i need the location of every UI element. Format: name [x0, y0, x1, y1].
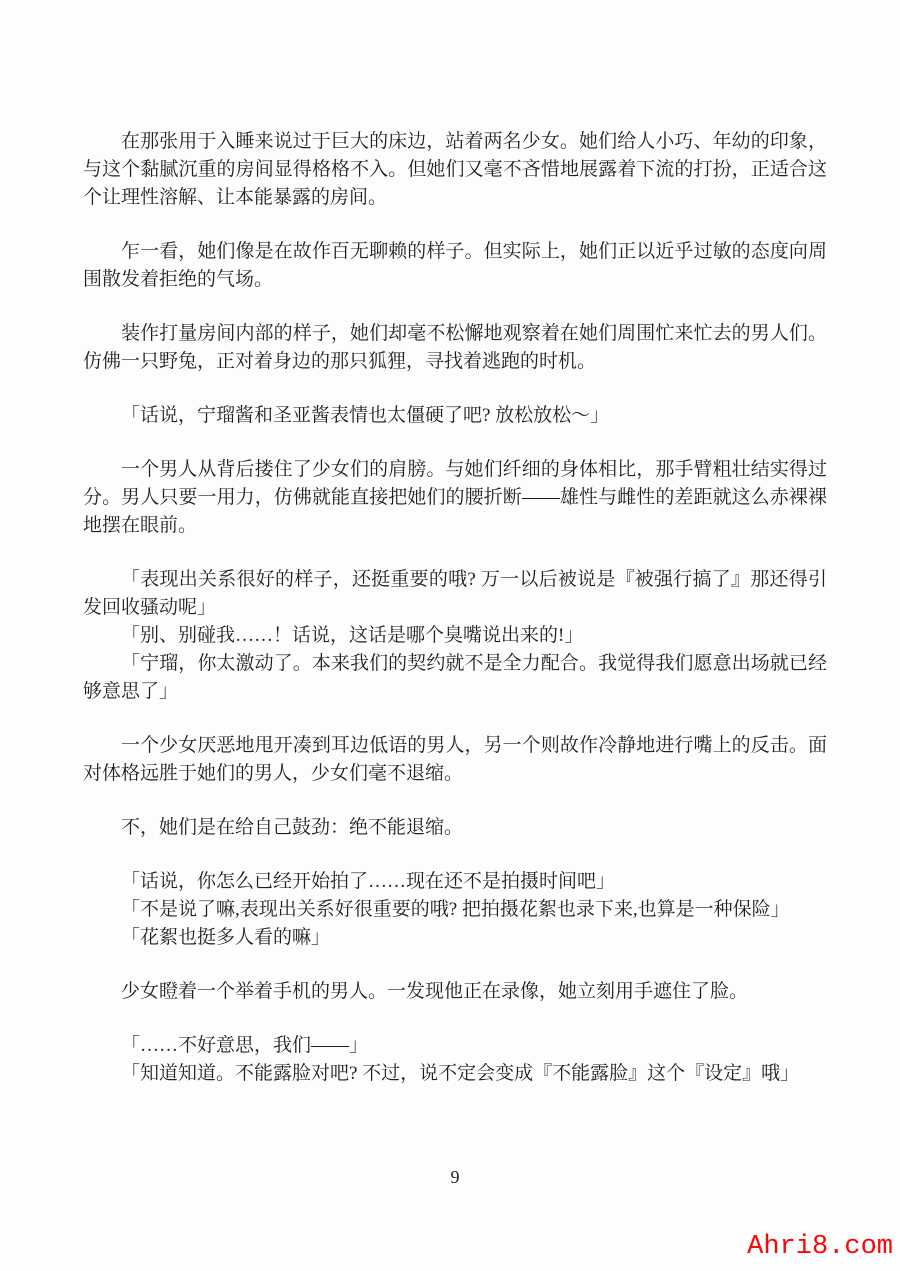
- narration-block: 一个少女厌恶地甩开凑到耳边低语的男人，另一个则故作冷静地进行嘴上的反击。面对体格…: [83, 732, 827, 788]
- dialogue-block: 「话说，你怎么已经开始拍了……现在还不是拍摄时间吧」 「不是说了嘛,表现出关系好…: [83, 868, 827, 952]
- narration-block: 装作打量房间内部的样子，她们却毫不松懈地观察着在她们周围忙来忙去的男人们。仿佛一…: [83, 320, 827, 376]
- site-watermark: Ahri8.com: [747, 1234, 893, 1261]
- dialogue-line: 「话说，你怎么已经开始拍了……现在还不是拍摄时间吧」: [83, 868, 827, 896]
- dialogue-line: 「知道知道。不能露脸对吧? 不过，说不定会变成『不能露脸』这个『设定』哦」: [83, 1060, 827, 1088]
- dialogue-block: 「表现出关系很好的样子，还挺重要的哦? 万一以后被说是『被强行搞了』那还得引发回…: [83, 566, 827, 706]
- dialogue-block: 「话说，宁瑠酱和圣亚酱表情也太僵硬了吧? 放松放松～」: [83, 402, 827, 430]
- dialogue-line: 「……不好意思，我们——」: [83, 1032, 827, 1060]
- narration-block: 一个男人从背后搂住了少女们的肩膀。与她们纤细的身体相比，那手臂粗壮结实得过分。男…: [83, 456, 827, 540]
- narration-line: 少女瞪着一个举着手机的男人。一发现他正在录像，她立刻用手遮住了脸。: [83, 978, 827, 1006]
- narration-block: 乍一看，她们像是在故作百无聊赖的样子。但实际上，她们正以近乎过敏的态度向周围散发…: [83, 238, 827, 294]
- page-text: 在那张用于入睡来说过于巨大的床边，站着两名少女。她们给人小巧、年幼的印象，与这个…: [83, 128, 827, 1088]
- dialogue-block: 「……不好意思，我们——」 「知道知道。不能露脸对吧? 不过，说不定会变成『不能…: [83, 1032, 827, 1088]
- page-number: 9: [83, 1168, 827, 1186]
- narration-line: 乍一看，她们像是在故作百无聊赖的样子。但实际上，她们正以近乎过敏的态度向周围散发…: [83, 238, 827, 294]
- narration-block: 在那张用于入睡来说过于巨大的床边，站着两名少女。她们给人小巧、年幼的印象，与这个…: [83, 128, 827, 212]
- dialogue-line: 「别、别碰我……！话说，这话是哪个臭嘴说出来的!」: [83, 622, 827, 650]
- dialogue-line: 「宁瑠，你太激动了。本来我们的契约就不是全力配合。我觉得我们愿意出场就已经够意思…: [83, 650, 827, 706]
- dialogue-line: 「表现出关系很好的样子，还挺重要的哦? 万一以后被说是『被强行搞了』那还得引发回…: [83, 566, 827, 622]
- narration-block: 少女瞪着一个举着手机的男人。一发现他正在录像，她立刻用手遮住了脸。: [83, 978, 827, 1006]
- narration-line: 一个少女厌恶地甩开凑到耳边低语的男人，另一个则故作冷静地进行嘴上的反击。面对体格…: [83, 732, 827, 788]
- dialogue-line: 「花絮也挺多人看的嘛」: [83, 924, 827, 952]
- narration-line: 一个男人从背后搂住了少女们的肩膀。与她们纤细的身体相比，那手臂粗壮结实得过分。男…: [83, 456, 827, 540]
- narration-block: 不，她们是在给自己鼓劲：绝不能退缩。: [83, 814, 827, 842]
- dialogue-line: 「话说，宁瑠酱和圣亚酱表情也太僵硬了吧? 放松放松～」: [83, 402, 827, 430]
- narration-line: 装作打量房间内部的样子，她们却毫不松懈地观察着在她们周围忙来忙去的男人们。仿佛一…: [83, 320, 827, 376]
- narration-line: 不，她们是在给自己鼓劲：绝不能退缩。: [83, 814, 827, 842]
- narration-line: 在那张用于入睡来说过于巨大的床边，站着两名少女。她们给人小巧、年幼的印象，与这个…: [83, 128, 827, 212]
- dialogue-line: 「不是说了嘛,表现出关系好很重要的哦? 把拍摄花絮也录下来,也算是一种保险」: [83, 896, 827, 924]
